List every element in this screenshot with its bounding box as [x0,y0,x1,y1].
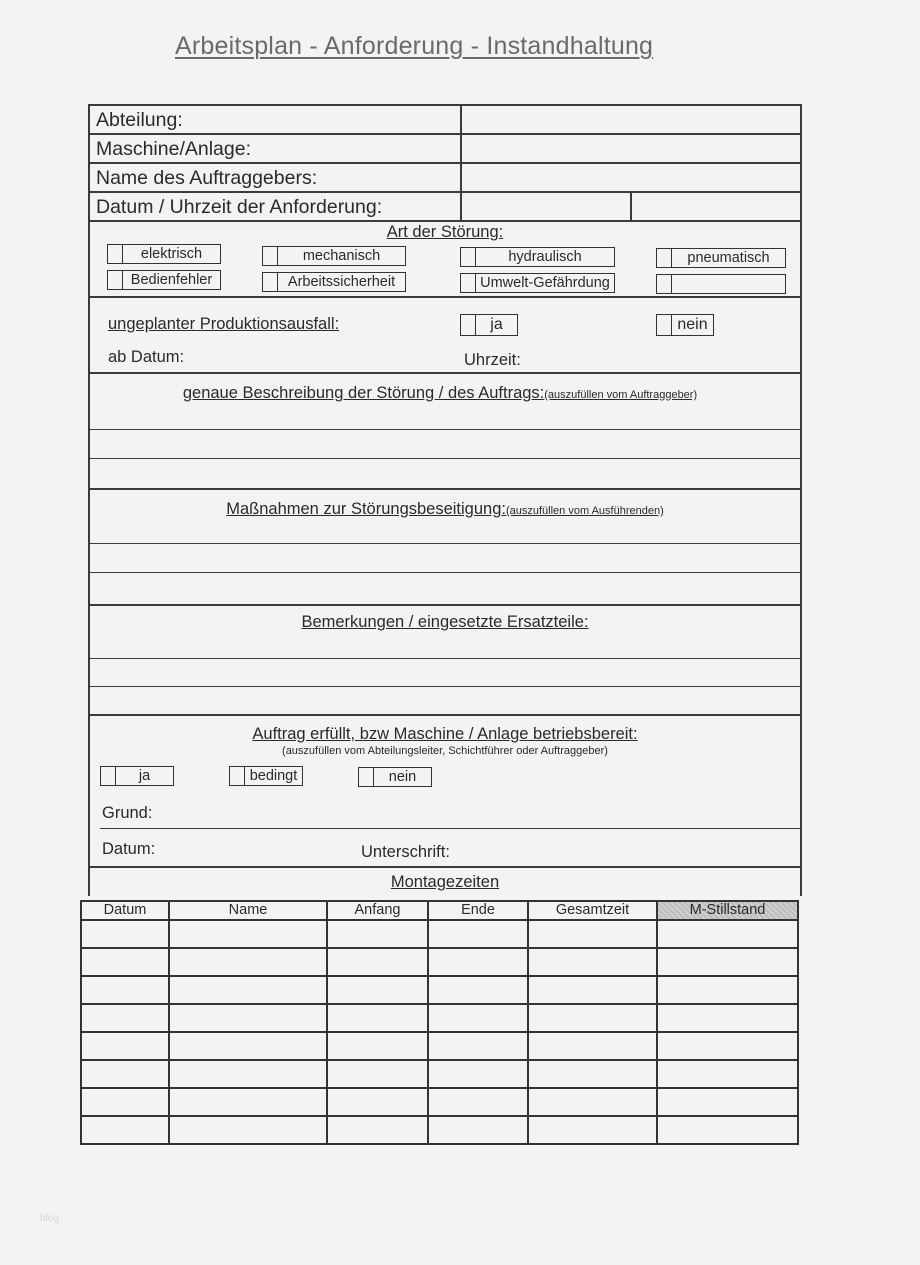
ab-datum-label: ab Datum: [108,348,184,367]
bemerkungen-title: Bemerkungen / eingesetzte Ersatzteile: [90,606,800,632]
table-cell[interactable] [169,1088,327,1116]
column-header-m-stillstand: M-Stillstand [657,901,798,920]
column-header-gesamtzeit: Gesamtzeit [528,901,657,920]
field-maschine: Maschine/Anlage: [90,135,800,164]
checkbox-umwelt-gefaehrdung[interactable]: Umwelt-Gefährdung [460,273,615,293]
table-cell[interactable] [528,948,657,976]
auftrag-section: Auftrag erfüllt, bzw Maschine / Anlage b… [90,716,800,868]
montagezeiten-table: Datum Name Anfang Ende Gesamtzeit M-Stil… [80,900,799,1145]
column-header-name: Name [169,901,327,920]
beschreibung-title: genaue Beschreibung der Störung / des Au… [90,374,800,403]
table-cell[interactable] [528,1116,657,1144]
table-cell[interactable] [81,920,169,948]
table-cell[interactable] [428,948,528,976]
table-cell[interactable] [657,1032,798,1060]
table-cell[interactable] [169,1060,327,1088]
stoerung-title: Art der Störung: [90,222,800,242]
column-header-ende: Ende [428,901,528,920]
massnahmen-section: Maßnahmen zur Störungsbeseitigung:(auszu… [90,490,800,606]
table-cell[interactable] [657,948,798,976]
grund-line[interactable] [100,828,800,829]
montagezeiten-title: Montagezeiten [90,868,800,892]
beschreibung-section: genaue Beschreibung der Störung / des Au… [90,374,800,490]
table-cell[interactable] [81,1032,169,1060]
table-cell[interactable] [327,948,428,976]
table-cell[interactable] [657,1116,798,1144]
auftrag-note: (auszufüllen vom Abteilungsleiter, Schic… [90,745,800,757]
writing-line [90,686,800,687]
table-cell[interactable] [169,948,327,976]
bemerkungen-section: Bemerkungen / eingesetzte Ersatzteile: [90,606,800,716]
maschine-input[interactable] [462,135,800,162]
field-label: Abteilung: [90,106,462,133]
checkbox-hydraulisch[interactable]: hydraulisch [460,247,615,267]
table-cell[interactable] [428,1004,528,1032]
produktionsausfall-label: ungeplanter Produktionsausfall: [108,315,339,334]
table-row [81,948,798,976]
table-cell[interactable] [81,1004,169,1032]
table-cell[interactable] [428,920,528,948]
datum-input[interactable] [462,193,632,220]
checkbox-ausfall-nein[interactable]: nein [656,314,714,336]
table-cell[interactable] [327,920,428,948]
field-datum-uhrzeit: Datum / Uhrzeit der Anforderung: [90,193,800,222]
table-cell[interactable] [327,1004,428,1032]
checkbox-erfuellt-nein[interactable]: nein [358,767,432,787]
table-cell[interactable] [657,1004,798,1032]
table-cell[interactable] [657,1088,798,1116]
table-cell[interactable] [169,976,327,1004]
auftraggeber-input[interactable] [462,164,800,191]
datum-label: Datum: [102,840,155,859]
table-cell[interactable] [528,1032,657,1060]
table-cell[interactable] [327,1088,428,1116]
table-row [81,1088,798,1116]
table-cell[interactable] [327,976,428,1004]
table-cell[interactable] [428,976,528,1004]
table-cell[interactable] [81,948,169,976]
table-row [81,976,798,1004]
uhrzeit-label: Uhrzeit: [464,351,521,370]
request-form: Abteilung: Maschine/Anlage: Name des Auf… [88,104,802,896]
writing-line [90,458,800,459]
field-auftraggeber: Name des Auftraggebers: [90,164,800,193]
field-label: Datum / Uhrzeit der Anforderung: [90,193,462,220]
checkbox-erfuellt-ja[interactable]: ja [100,766,174,786]
abteilung-input[interactable] [462,106,800,133]
table-cell[interactable] [327,1116,428,1144]
table-cell[interactable] [657,1060,798,1088]
table-header-row: Datum Name Anfang Ende Gesamtzeit M-Stil… [81,901,798,920]
table-cell[interactable] [528,1088,657,1116]
table-row [81,1004,798,1032]
writing-line [90,429,800,430]
column-header-anfang: Anfang [327,901,428,920]
field-label: Maschine/Anlage: [90,135,462,162]
table-cell[interactable] [327,1032,428,1060]
checkbox-mechanisch[interactable]: mechanisch [262,246,406,266]
writing-line [90,572,800,573]
table-cell[interactable] [169,920,327,948]
massnahmen-title: Maßnahmen zur Störungsbeseitigung:(auszu… [90,490,800,519]
checkbox-elektrisch[interactable]: elektrisch [107,244,221,264]
table-cell[interactable] [428,1116,528,1144]
table-cell[interactable] [169,1032,327,1060]
table-cell[interactable] [657,920,798,948]
field-abteilung: Abteilung: [90,106,800,135]
montagezeiten-body [81,920,798,1144]
table-cell[interactable] [428,1032,528,1060]
field-label: Name des Auftraggebers: [90,164,462,191]
table-row [81,1032,798,1060]
checkbox-bedienfehler[interactable]: Bedienfehler [107,270,221,290]
table-cell[interactable] [81,1116,169,1144]
unterschrift-label: Unterschrift: [361,843,450,862]
table-cell[interactable] [528,1060,657,1088]
table-cell[interactable] [657,976,798,1004]
table-row [81,1116,798,1144]
writing-line [90,658,800,659]
checkbox-arbeitssicherheit[interactable]: Arbeitssicherheit [262,272,406,292]
table-cell[interactable] [528,1004,657,1032]
grund-label: Grund: [102,804,152,823]
checkbox-pneumatisch[interactable]: pneumatisch [656,248,786,268]
stoerung-section: Art der Störung: elektrisch mechanisch h… [90,222,800,298]
checkbox-ausfall-ja[interactable]: ja [460,314,518,336]
table-cell[interactable] [169,1004,327,1032]
table-cell[interactable] [81,1088,169,1116]
page-title: Arbeitsplan - Anforderung - Instandhaltu… [175,32,653,61]
table-cell[interactable] [528,920,657,948]
table-cell[interactable] [428,1060,528,1088]
montagezeiten-header: Montagezeiten [90,868,800,896]
table-cell[interactable] [169,1116,327,1144]
produktionsausfall-section: ungeplanter Produktionsausfall: ja nein … [90,298,800,374]
table-cell[interactable] [81,1060,169,1088]
watermark: blog [40,1213,59,1224]
column-header-datum: Datum [81,901,169,920]
table-cell[interactable] [327,1060,428,1088]
table-row [81,920,798,948]
checkbox-other[interactable] [656,274,786,294]
writing-line [90,543,800,544]
table-cell[interactable] [528,976,657,1004]
table-row [81,1060,798,1088]
checkbox-erfuellt-bedingt[interactable]: bedingt [229,766,303,786]
table-cell[interactable] [81,976,169,1004]
auftrag-title: Auftrag erfüllt, bzw Maschine / Anlage b… [90,716,800,744]
table-cell[interactable] [428,1088,528,1116]
